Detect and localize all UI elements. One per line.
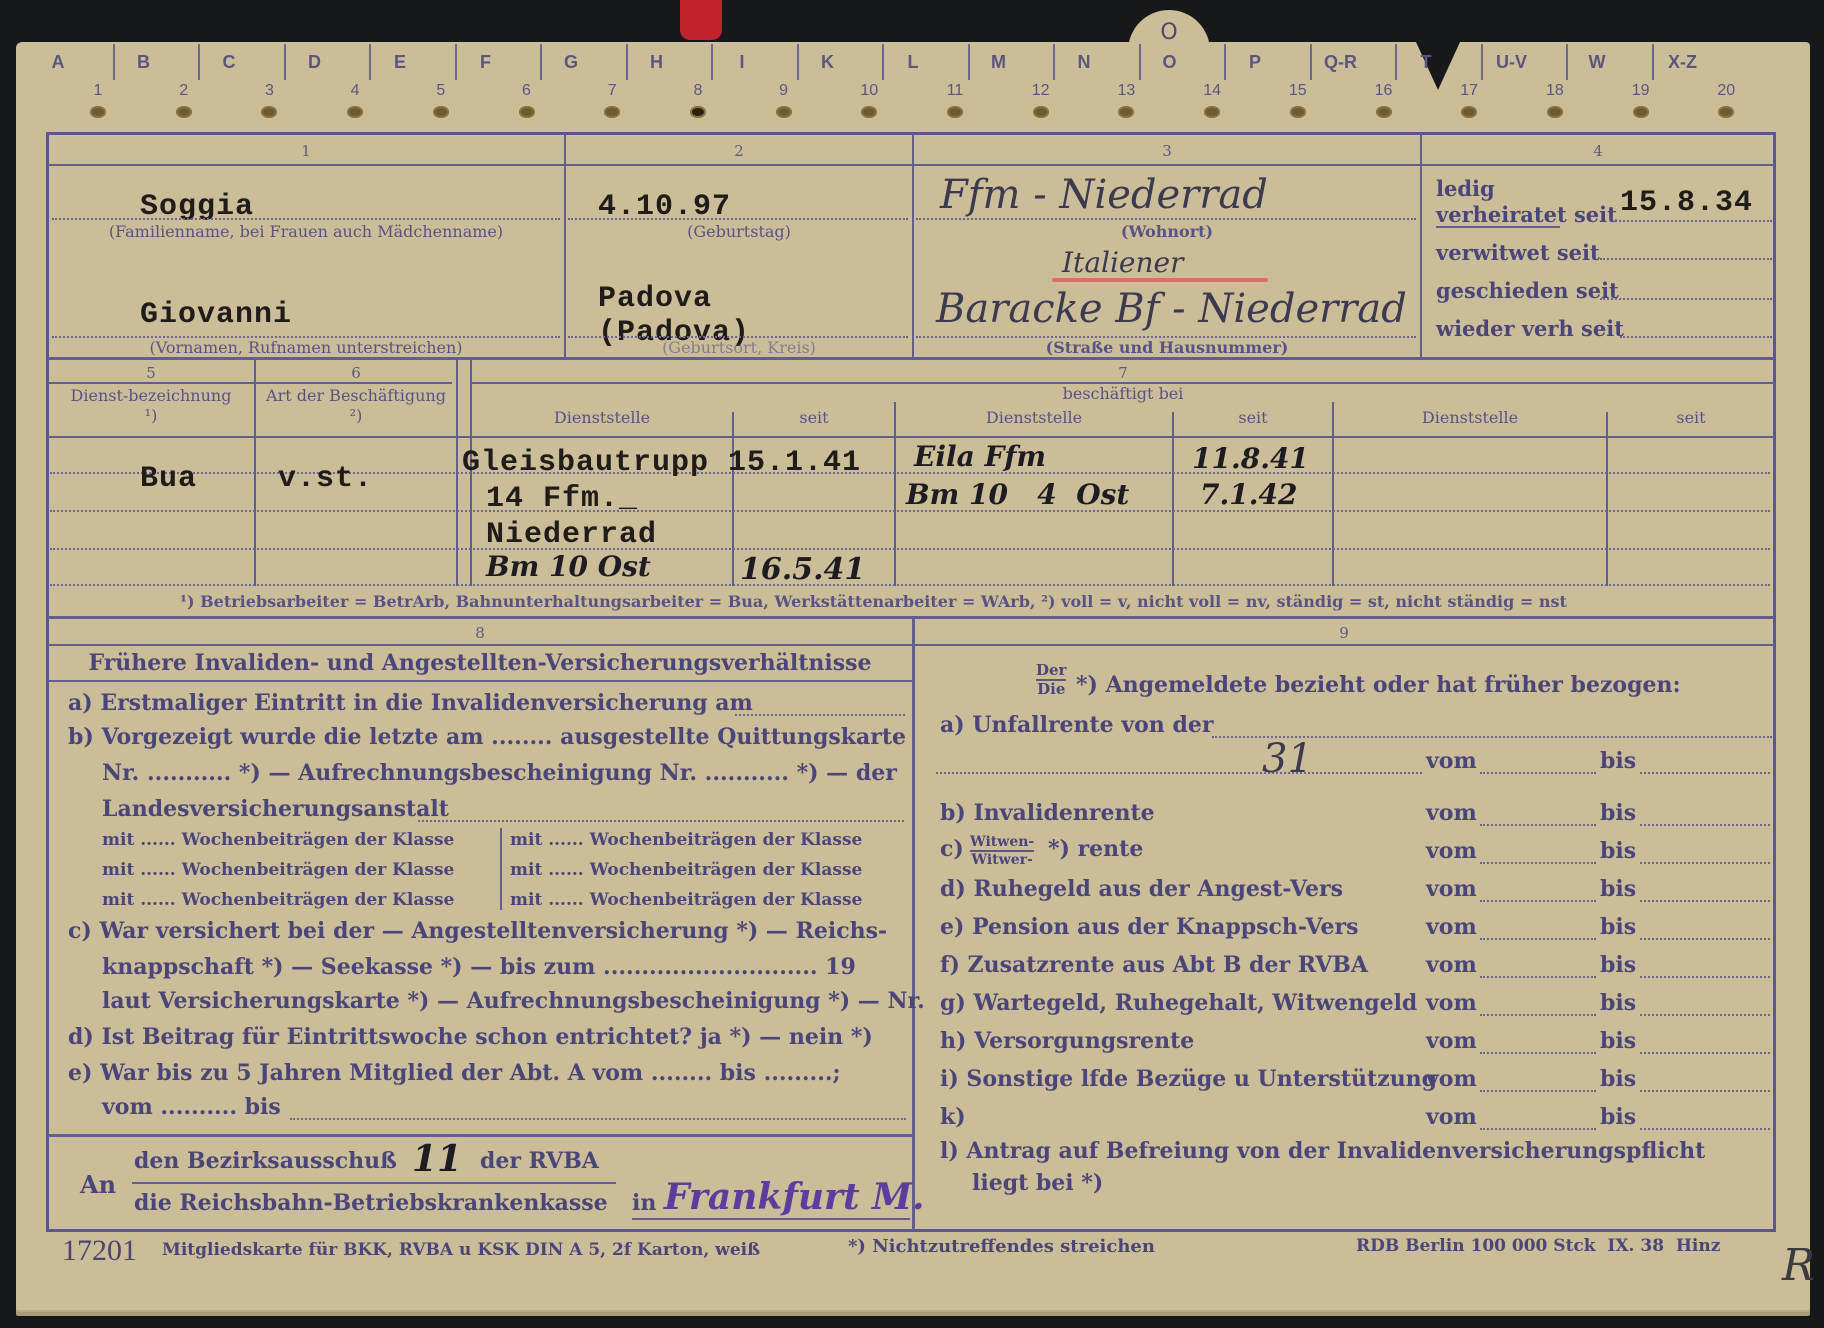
dotted-line	[1612, 220, 1772, 222]
bis-date-field	[1640, 1052, 1770, 1054]
status-married: verheiratet seit	[1436, 202, 1617, 227]
divider	[500, 828, 502, 910]
tab-divider	[369, 44, 371, 80]
tab-divider	[882, 44, 884, 80]
corner-mark: R	[1782, 1240, 1815, 1291]
handwritten-31: 31	[1262, 736, 1313, 782]
strike-note: *) Nichtzutreffendes streichen	[848, 1236, 1155, 1257]
tab-divider	[1652, 44, 1654, 80]
tab-letter-w[interactable]: W	[1567, 52, 1627, 73]
street-caption: (Straße und Hausnummer)	[914, 338, 1420, 357]
city-value: Frankfurt M.	[664, 1176, 925, 1218]
vom-date-field	[1480, 1052, 1596, 1054]
dotted-line	[936, 772, 1422, 774]
bis-label: bis	[1600, 1066, 1636, 1092]
col-dienststelle-3: Dienststelle	[1334, 408, 1606, 427]
vom-label: vom	[1426, 990, 1477, 1016]
tab-letter-t[interactable]: T	[1396, 52, 1456, 73]
divider	[48, 164, 1774, 166]
divider	[48, 680, 912, 682]
benefit-item-g: g) Wartegeld, Ruhegehalt, Witwengeld	[940, 990, 1417, 1016]
tab-letter-a[interactable]: A	[28, 52, 88, 73]
punch-hole-5	[433, 106, 449, 118]
tab-number-15: 15	[1278, 82, 1318, 100]
benefit-item-d: d) Ruhegeld aus der Angest-Vers	[940, 876, 1343, 902]
vom-label: vom	[1426, 1028, 1477, 1054]
vom-date-field	[1480, 862, 1596, 864]
der-die-fraction: Der Die	[1036, 662, 1066, 698]
punch-hole-4	[347, 106, 363, 118]
dotted-line	[1600, 258, 1772, 260]
vom-date-field	[1480, 1128, 1596, 1130]
vom-label: vom	[1426, 1066, 1477, 1092]
nationality-note: Italiener	[1062, 246, 1183, 279]
bis-label: bis	[1600, 1028, 1636, 1054]
section-2-number: 2	[566, 142, 912, 160]
vom-date-field	[1480, 1090, 1596, 1092]
married-date-value: 15.8.34	[1620, 186, 1753, 220]
tab-letter-c[interactable]: C	[199, 52, 259, 73]
birthplace-caption: (Geburtsort, Kreis)	[566, 338, 912, 357]
tab-letter-n[interactable]: N	[1054, 52, 1114, 73]
dotted-line	[568, 218, 908, 220]
dotted-line	[418, 820, 904, 822]
tab-divider	[1395, 44, 1397, 80]
vom-label: vom	[1426, 876, 1477, 902]
divider	[132, 1182, 616, 1184]
section-4-number: 4	[1422, 142, 1774, 160]
vom-label: vom	[1426, 838, 1477, 864]
vom-date-field	[1480, 938, 1596, 940]
married-underline	[1436, 226, 1560, 228]
dotted-line	[290, 1118, 906, 1120]
contribution-row: mit ...... Wochenbeiträgen der Klasse	[510, 860, 862, 880]
vom-date-field	[1480, 976, 1596, 978]
tab-number-16: 16	[1364, 82, 1404, 100]
punch-hole-1	[90, 106, 106, 118]
address-line2: die Reichsbahn-Betriebskrankenkasse	[134, 1190, 608, 1216]
tab-number-8: 8	[678, 82, 718, 100]
benefit-item-h: h) Versorgungsrente	[940, 1028, 1194, 1054]
printer-imprint: RDB Berlin 100 000 Stck IX. 38 Hinz	[1356, 1236, 1720, 1256]
tab-letter-k[interactable]: K	[798, 52, 858, 73]
divider	[48, 357, 1774, 360]
widow-label: Witwen-	[970, 834, 1034, 850]
bis-date-field	[1640, 772, 1770, 774]
col-dienststelle-2: Dienststelle	[896, 408, 1172, 427]
divider	[912, 134, 914, 358]
tab-number-18: 18	[1535, 82, 1575, 100]
dotted-line	[1620, 336, 1772, 338]
insurance-item-a: a) Erstmaliger Eintritt in die Invaliden…	[68, 690, 753, 716]
der-label: Der	[1036, 662, 1066, 679]
tab-letter-l[interactable]: L	[883, 52, 943, 73]
dotted-line	[50, 548, 1770, 550]
insurance-item-c3: laut Versicherungskarte *) — Aufrechnung…	[102, 988, 925, 1014]
tab-letter-u-v[interactable]: U-V	[1482, 52, 1542, 73]
vom-date-field	[1480, 772, 1596, 774]
contribution-row: mit ...... Wochenbeiträgen der Klasse	[510, 830, 862, 850]
punch-hole-8	[690, 106, 706, 118]
tab-divider	[198, 44, 200, 80]
vom-date-field	[1480, 1014, 1596, 1016]
bis-label: bis	[1600, 952, 1636, 978]
tab-divider	[1481, 44, 1483, 80]
bis-date-field	[1640, 900, 1770, 902]
benefit-item-c: c)	[940, 836, 964, 862]
vom-label: vom	[1426, 748, 1477, 774]
insurance-item-e2: vom .......... bis	[102, 1094, 281, 1120]
col-seit-1: seit	[734, 408, 894, 427]
bis-label: bis	[1600, 914, 1636, 940]
status-divorced: geschieden seit	[1436, 278, 1619, 303]
tab-divider	[540, 44, 542, 80]
employment-entry-2: Bm 10 Ost	[486, 550, 651, 583]
employment-entry-1-line3: Niederrad	[486, 518, 657, 552]
divider	[1606, 412, 1608, 586]
dotted-line	[52, 218, 560, 220]
contribution-row: mit ...... Wochenbeiträgen der Klasse	[102, 830, 454, 850]
status-remarried: wieder verh seit	[1436, 316, 1624, 341]
item-c-prefix: c)	[940, 836, 964, 862]
tab-divider	[1053, 44, 1055, 80]
divider	[894, 402, 896, 586]
tab-letter-q-r[interactable]: Q-R	[1311, 52, 1371, 73]
street-value: Baracke Bf - Niederrad	[936, 286, 1407, 332]
punch-hole-16	[1376, 106, 1392, 118]
divider	[48, 382, 452, 384]
tab-letter-h[interactable]: H	[627, 52, 687, 73]
col-seit-3: seit	[1608, 408, 1774, 427]
employment-entry-3: Eila Ffm	[914, 440, 1046, 473]
section-6-number: 6	[256, 364, 456, 382]
address-line1-pre: den Bezirksausschuß	[134, 1148, 397, 1174]
tab-divider	[284, 44, 286, 80]
bis-date-field	[1640, 1090, 1770, 1092]
tab-number-17: 17	[1449, 82, 1489, 100]
section-9-intro: *) Angemeldete bezieht oder hat früher b…	[1076, 672, 1681, 698]
tab-divider	[455, 44, 457, 80]
rente-label: *) rente	[1048, 836, 1143, 862]
section-9-number: 9	[914, 624, 1774, 642]
birthplace-value: Padova	[598, 282, 712, 316]
status-single: ledig	[1436, 176, 1495, 201]
section-1-number: 1	[48, 142, 564, 160]
divider	[1172, 412, 1174, 586]
employment-entry-4-date: 7.1.42	[1200, 478, 1297, 511]
section-8-number: 8	[48, 624, 912, 642]
tab-number-3: 3	[249, 82, 289, 100]
insurance-item-d: d) Ist Beitrag für Eintrittswoche schon …	[68, 1024, 873, 1050]
address-line1-post: der RVBA	[480, 1148, 599, 1174]
benefit-item-l2: liegt bei *)	[972, 1170, 1103, 1196]
tab-number-1: 1	[78, 82, 118, 100]
section-6-header: Art der Beschäftigung ²)	[264, 386, 448, 426]
job-title-value: Bua	[140, 462, 197, 496]
insurance-item-b2: Nr. ........... *) — Aufrechnungsbeschei…	[102, 760, 897, 786]
divider	[48, 616, 1774, 619]
section-5-number: 5	[48, 364, 254, 382]
tab-number-11: 11	[935, 82, 975, 100]
section-7-number: 7	[472, 364, 1774, 382]
tab-number-14: 14	[1192, 82, 1232, 100]
section-5-header: Dienst-bezeichnung ¹)	[66, 386, 236, 426]
employment-entry-1-line2: 14 Ffm._	[486, 482, 638, 516]
divider	[48, 644, 1774, 646]
tab-number-4: 4	[335, 82, 375, 100]
tab-divider	[797, 44, 799, 80]
divider	[912, 618, 915, 1230]
punch-hole-12	[1033, 106, 1049, 118]
form-number: 17201	[62, 1234, 137, 1268]
vom-label: vom	[1426, 1104, 1477, 1130]
divider	[1420, 134, 1422, 358]
tab-divider	[1139, 44, 1141, 80]
tab-letter-b[interactable]: B	[114, 52, 174, 73]
tab-number-7: 7	[592, 82, 632, 100]
tab-number-6: 6	[507, 82, 547, 100]
tab-letter-o[interactable]: O	[1140, 52, 1200, 73]
tab-number-9: 9	[764, 82, 804, 100]
tab-letter-x-z[interactable]: X-Z	[1653, 52, 1713, 73]
benefit-item-a: a) Unfallrente von der	[940, 712, 1213, 738]
vom-label: vom	[1426, 952, 1477, 978]
divider	[632, 1218, 910, 1220]
bis-date-field	[1640, 824, 1770, 826]
insurance-item-c1: c) War versichert bei der — Angestellten…	[68, 918, 887, 944]
tab-number-5: 5	[421, 82, 461, 100]
benefit-item-k: k)	[940, 1104, 966, 1130]
employment-type-value: v.st.	[278, 462, 373, 496]
punch-hole-15	[1290, 106, 1306, 118]
bis-date-field	[1640, 1128, 1770, 1130]
tab-divider	[626, 44, 628, 80]
section-3-number: 3	[914, 142, 1420, 160]
dotted-line	[916, 218, 1416, 220]
vom-date-field	[1480, 900, 1596, 902]
insurance-item-b3: Landesversicherungsanstalt	[102, 796, 449, 822]
bis-date-field	[1640, 1014, 1770, 1016]
employment-entry-1: Gleisbautrupp 15.1.41	[462, 446, 861, 480]
vom-date-field	[1480, 824, 1596, 826]
punch-hole-6	[519, 106, 535, 118]
die-label: Die	[1036, 679, 1066, 698]
address-in: in	[632, 1190, 656, 1216]
form-description: Mitgliedskarte für BKK, RVBA u KSK DIN A…	[162, 1240, 760, 1260]
punch-hole-14	[1204, 106, 1220, 118]
vom-label: vom	[1426, 914, 1477, 940]
tab-number-10: 10	[849, 82, 889, 100]
widower-label: Witwer-	[970, 850, 1034, 868]
divider	[732, 412, 734, 586]
employment-entry-2-date: 16.5.41	[740, 552, 865, 587]
contribution-row: mit ...... Wochenbeiträgen der Klasse	[102, 890, 454, 910]
tab-letter-p[interactable]: P	[1225, 52, 1285, 73]
punch-hole-9	[776, 106, 792, 118]
surname-caption: (Familienname, bei Frauen auch Mädchenna…	[48, 222, 564, 241]
tab-number-2: 2	[164, 82, 204, 100]
punch-hole-18	[1547, 106, 1563, 118]
section-8-title: Frühere Invaliden- und Angestellten-Vers…	[48, 650, 912, 676]
bis-label: bis	[1600, 876, 1636, 902]
dotted-line	[50, 584, 1770, 586]
col-seit-2: seit	[1174, 408, 1332, 427]
dotted-line	[735, 714, 905, 716]
benefit-item-b: b) Invalidenrente	[940, 800, 1155, 826]
tab-number-20: 20	[1706, 82, 1746, 100]
benefit-item-i: i) Sonstige lfde Bezüge u Unterstützung	[940, 1066, 1437, 1092]
divider	[48, 436, 1774, 438]
given-name-caption: (Vornamen, Rufnamen unterstreichen)	[48, 338, 564, 357]
contribution-row: mit ...... Wochenbeiträgen der Klasse	[102, 860, 454, 880]
bis-label: bis	[1600, 748, 1636, 774]
tab-letter-i[interactable]: I	[712, 52, 772, 73]
bis-date-field	[1640, 976, 1770, 978]
red-card-divider-tab	[680, 0, 722, 40]
punch-hole-11	[947, 106, 963, 118]
tab-divider	[113, 44, 115, 80]
dotted-line	[1600, 298, 1772, 300]
address-an: An	[80, 1170, 116, 1199]
tab-letter-g[interactable]: G	[541, 52, 601, 73]
benefit-item-e: e) Pension aus der Knappsch-Vers	[940, 914, 1358, 940]
tab-number-13: 13	[1106, 82, 1146, 100]
bis-label: bis	[1600, 990, 1636, 1016]
residence-caption: (Wohnort)	[914, 222, 1420, 241]
tab-divider	[968, 44, 970, 80]
status-widowed: verwitwet seit	[1436, 240, 1600, 265]
tab-divider	[1310, 44, 1312, 80]
tab-number-19: 19	[1621, 82, 1661, 100]
vom-label: vom	[1426, 800, 1477, 826]
red-pencil-underline	[1052, 278, 1268, 282]
tab-number-12: 12	[1021, 82, 1061, 100]
given-name-value: Giovanni	[140, 298, 292, 332]
divider	[564, 134, 566, 358]
birthdate-caption: (Geburtstag)	[566, 222, 912, 241]
insurance-item-e1: e) War bis zu 5 Jahren Mitglied der Abt.…	[68, 1060, 841, 1086]
employment-entry-3-date: 11.8.41	[1192, 442, 1309, 475]
tab-letter-f[interactable]: F	[456, 52, 516, 73]
bis-label: bis	[1600, 838, 1636, 864]
employment-entry-4: Bm 10 4 Ost	[906, 478, 1129, 511]
contribution-row: mit ...... Wochenbeiträgen der Klasse	[510, 890, 862, 910]
tab-letter-e[interactable]: E	[370, 52, 430, 73]
bis-date-field	[1640, 862, 1770, 864]
bis-label: bis	[1600, 1104, 1636, 1130]
residence-value: Ffm - Niederrad	[940, 172, 1268, 218]
section-7-title: beschäftigt bei	[472, 384, 1774, 403]
divider	[48, 1134, 914, 1137]
tab-letter-d[interactable]: D	[285, 52, 345, 73]
benefit-item-l1: l) Antrag auf Befreiung von der Invalide…	[940, 1138, 1705, 1164]
punch-hole-19	[1633, 106, 1649, 118]
insurance-item-c2: knappschaft *) — Seekasse *) — bis zum .…	[102, 954, 856, 980]
footnote-abbreviations: ¹) Betriebsarbeiter = BetrArb, Bahnunter…	[180, 592, 1567, 611]
raised-tab-label: O	[1128, 20, 1210, 45]
tab-divider	[1224, 44, 1226, 80]
widow-fraction: Witwen-Witwer-	[970, 834, 1034, 868]
tab-letter-m[interactable]: M	[969, 52, 1029, 73]
divider	[1332, 402, 1334, 586]
punch-hole-2	[176, 106, 192, 118]
bis-date-field	[1640, 938, 1770, 940]
tab-divider	[1566, 44, 1568, 80]
benefit-item-f: f) Zusatzrente aus Abt B der RVBA	[940, 952, 1368, 978]
insurance-item-b1: b) Vorgezeigt wurde die letzte am ......…	[68, 724, 906, 750]
tab-divider	[711, 44, 713, 80]
district-number-value: 11	[412, 1138, 462, 1180]
col-dienststelle-1: Dienststelle	[472, 408, 732, 427]
bis-label: bis	[1600, 800, 1636, 826]
